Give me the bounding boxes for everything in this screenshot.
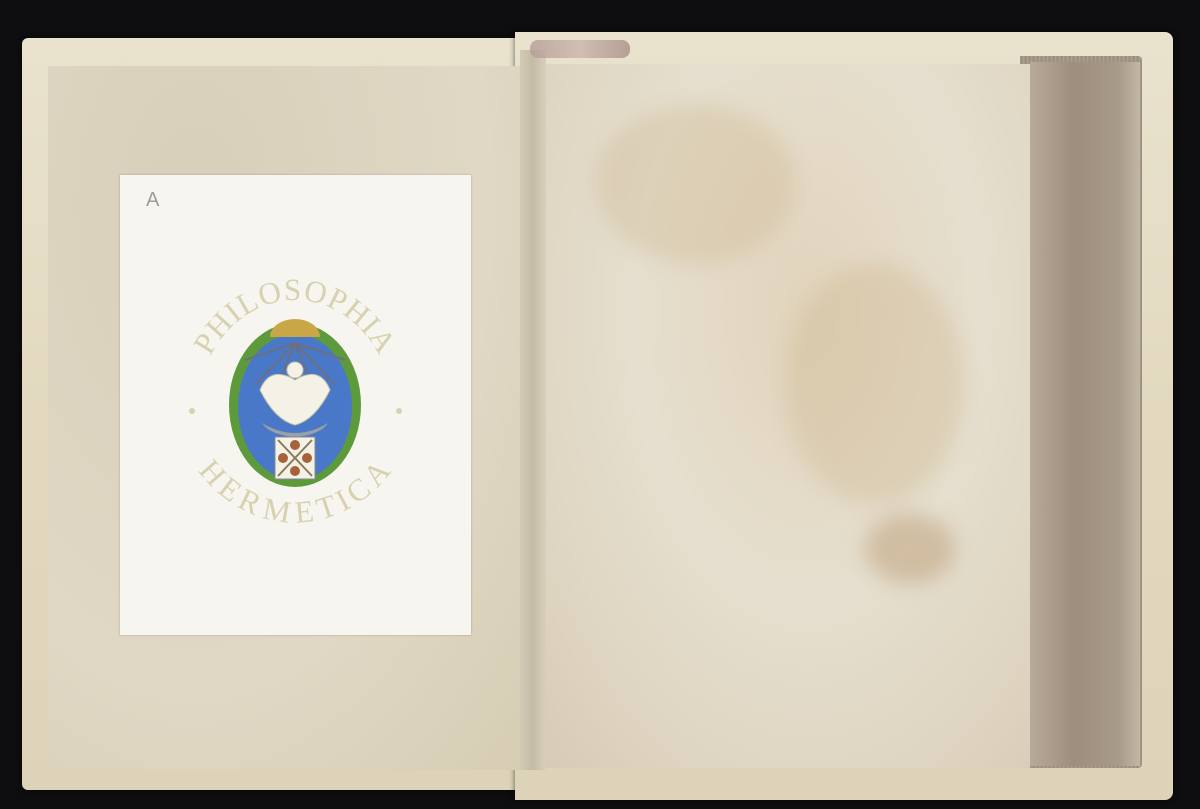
gutter [520, 50, 546, 770]
flyleaf-page [535, 64, 1030, 768]
foxing-stain [865, 514, 955, 584]
emblem-icon: PHILOSOPHIA HERMETICA [120, 175, 471, 635]
bookplate: A PHILOSOPHIA HERMETICA [120, 175, 471, 635]
headband-thread [530, 40, 630, 58]
stain [785, 264, 965, 504]
stain [595, 104, 795, 264]
text-block-edge [1030, 62, 1140, 766]
